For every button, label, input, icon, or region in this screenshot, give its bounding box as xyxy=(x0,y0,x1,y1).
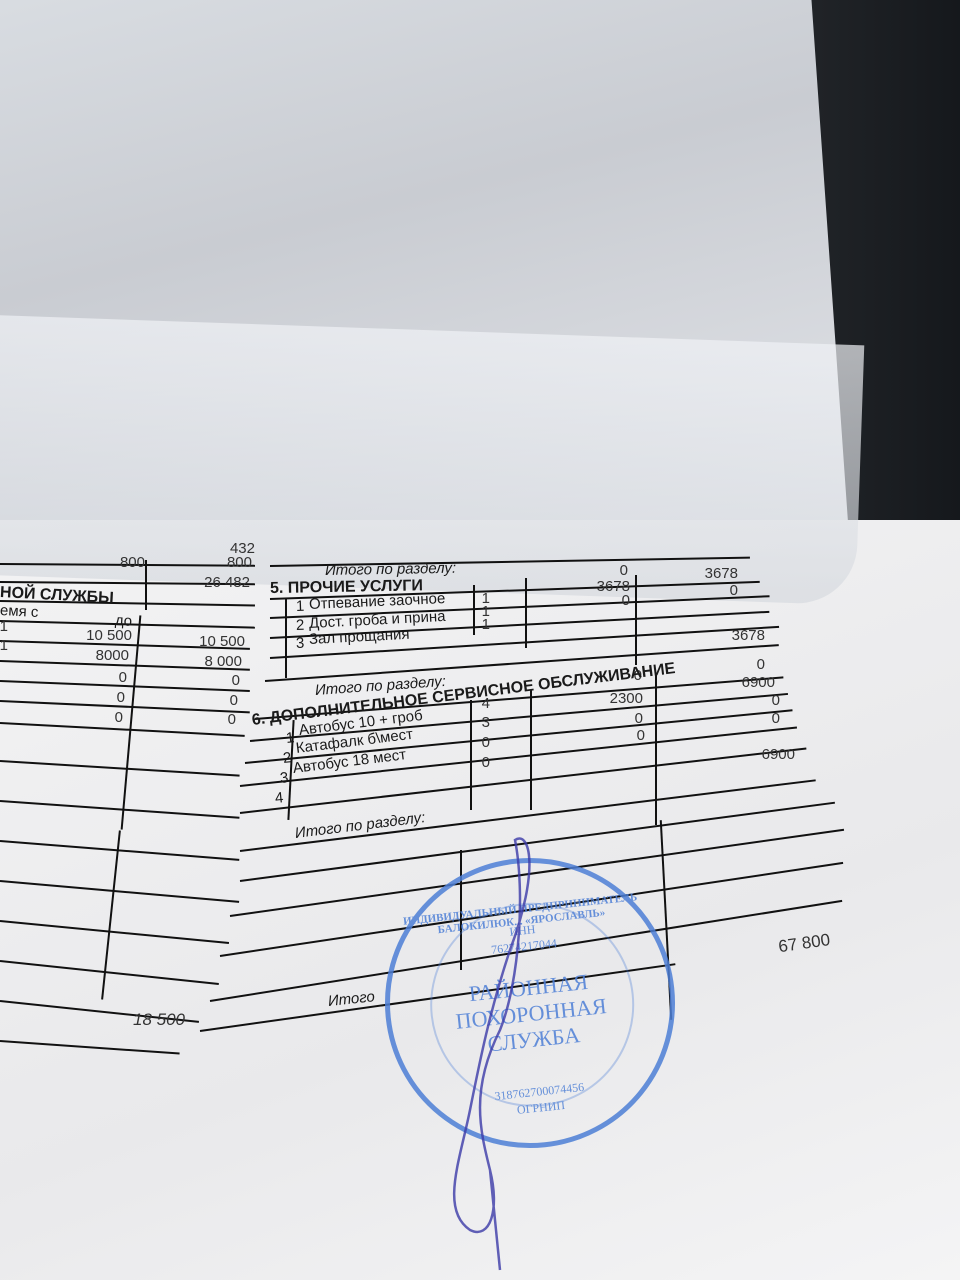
column-line xyxy=(530,690,532,810)
subtotal-sum: 3678 xyxy=(705,565,738,582)
left-cell: 0 xyxy=(230,692,238,709)
left-cell: 800 xyxy=(227,554,252,571)
left-cell: 0 xyxy=(228,711,236,728)
column-line xyxy=(473,585,475,635)
left-cell: 1 xyxy=(0,618,8,635)
left-cell: 26 482 xyxy=(204,574,250,591)
left-cell: 0 xyxy=(117,689,125,706)
row-number: 1 xyxy=(296,598,305,615)
left-cell: 1 xyxy=(0,637,8,654)
column-line xyxy=(635,575,637,665)
service-price: 0 xyxy=(622,592,630,609)
signature xyxy=(430,830,550,1280)
column-line xyxy=(145,560,147,610)
service-sum: 0 xyxy=(772,710,780,727)
row-line xyxy=(0,1040,180,1055)
service-sum: 0 xyxy=(730,582,738,599)
service-qty: 4 xyxy=(482,695,490,712)
row-number: 2 xyxy=(296,617,305,634)
service-price: 0 xyxy=(635,710,643,727)
service-sum: 6900 xyxy=(762,746,795,763)
left-cell: 0 xyxy=(115,709,123,726)
row-line xyxy=(0,800,239,819)
row-line xyxy=(265,644,779,682)
service-qty: 0 xyxy=(482,734,490,751)
left-total: 18 500 xyxy=(133,1010,185,1030)
column-line xyxy=(285,598,287,678)
subtotal-qty: 0 xyxy=(620,562,628,579)
left-cell: 8000 xyxy=(96,647,129,664)
row-number: 2 xyxy=(282,749,292,767)
left-cell: 10 500 xyxy=(86,627,132,644)
subtotal-label: Итого по разделу: xyxy=(325,560,456,579)
column-line xyxy=(525,578,527,648)
grand-total: 67 800 xyxy=(777,930,831,957)
left-cell: 0 xyxy=(232,672,240,689)
service-price: 0 xyxy=(637,727,645,744)
left-cell: 800 xyxy=(120,554,145,571)
row-number: 3 xyxy=(279,769,289,787)
service-sum: 3678 xyxy=(732,627,765,644)
left-cell: 10 500 xyxy=(199,633,245,650)
service-price: 2300 xyxy=(610,690,643,707)
service-qty: 0 xyxy=(482,754,490,771)
row-number: 1 xyxy=(285,729,295,747)
service-qty: 3 xyxy=(482,714,490,731)
service-qty: 1 xyxy=(482,616,490,633)
row-line xyxy=(0,760,240,777)
service-sum: 6900 xyxy=(742,674,775,691)
left-cell: 8 000 xyxy=(204,653,242,670)
subtotal-sum: 0 xyxy=(757,656,765,673)
column-line xyxy=(655,675,657,825)
row-line xyxy=(0,880,239,903)
row-line xyxy=(0,920,229,944)
column-line xyxy=(470,700,472,810)
left-cell: 0 xyxy=(119,669,127,686)
row-line xyxy=(0,960,219,985)
service-sum: 0 xyxy=(772,692,780,709)
row-number: 4 xyxy=(274,789,284,807)
row-line xyxy=(0,840,239,861)
row-number: 3 xyxy=(296,635,305,652)
